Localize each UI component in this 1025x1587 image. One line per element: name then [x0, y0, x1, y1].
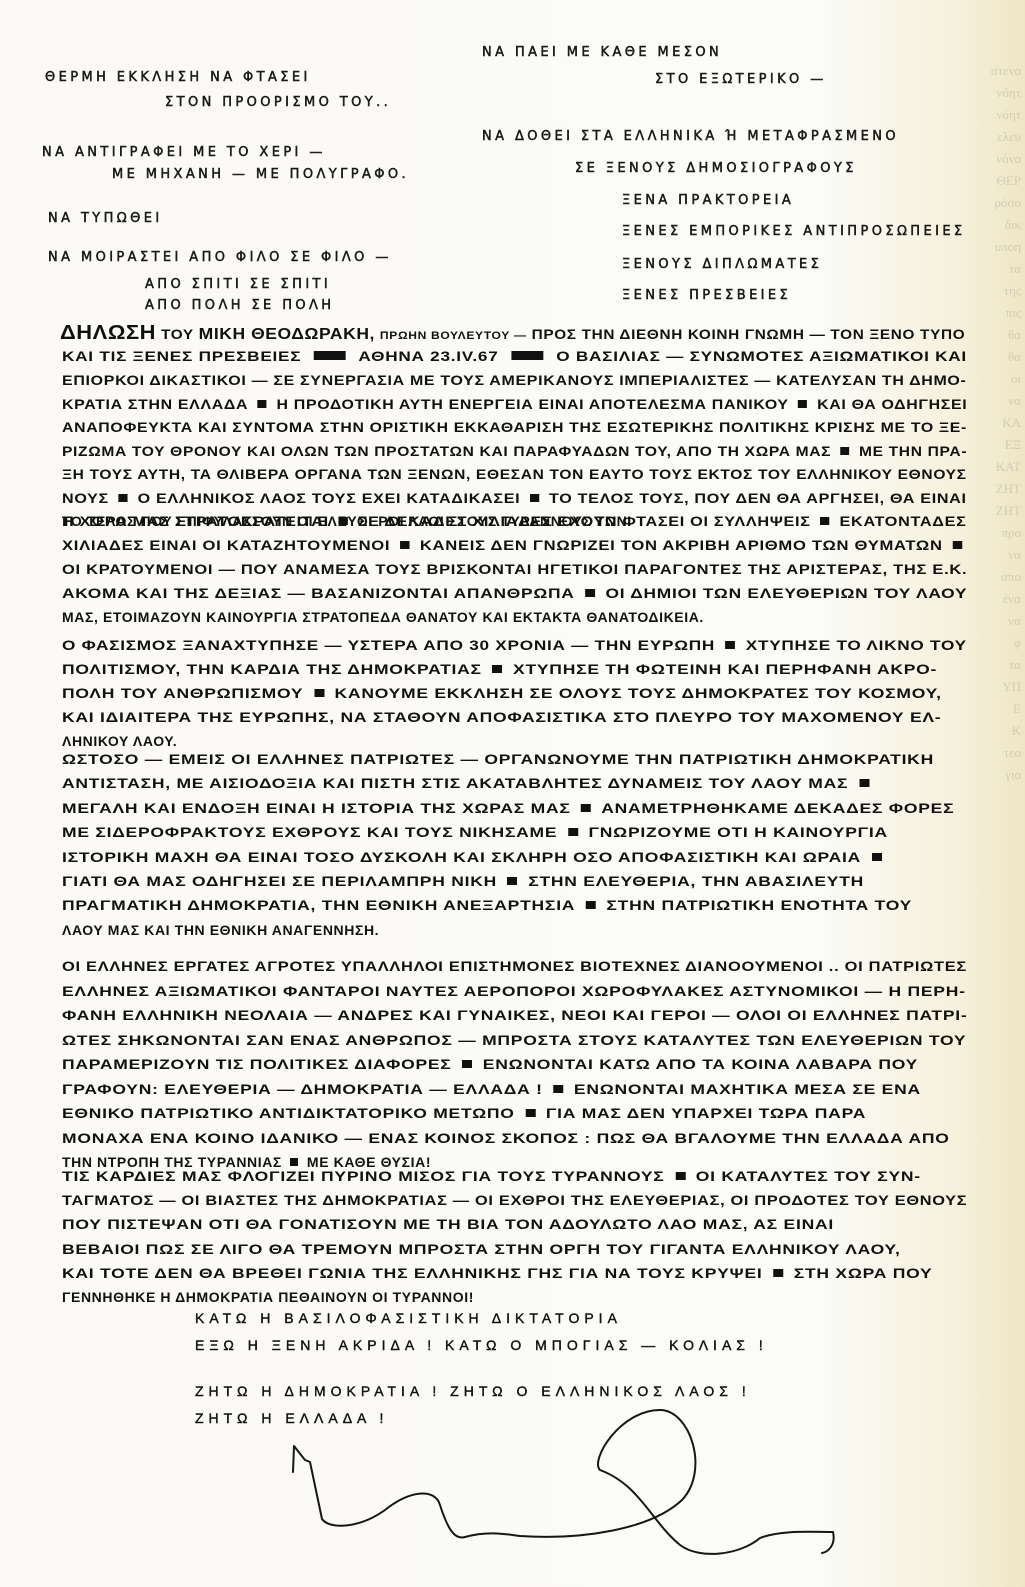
bleed-through-text: στενονόητνόητελευνόνοΘΕΡρόσοδικυποητατης…: [991, 60, 1021, 786]
signature: [0, 0, 1025, 1587]
